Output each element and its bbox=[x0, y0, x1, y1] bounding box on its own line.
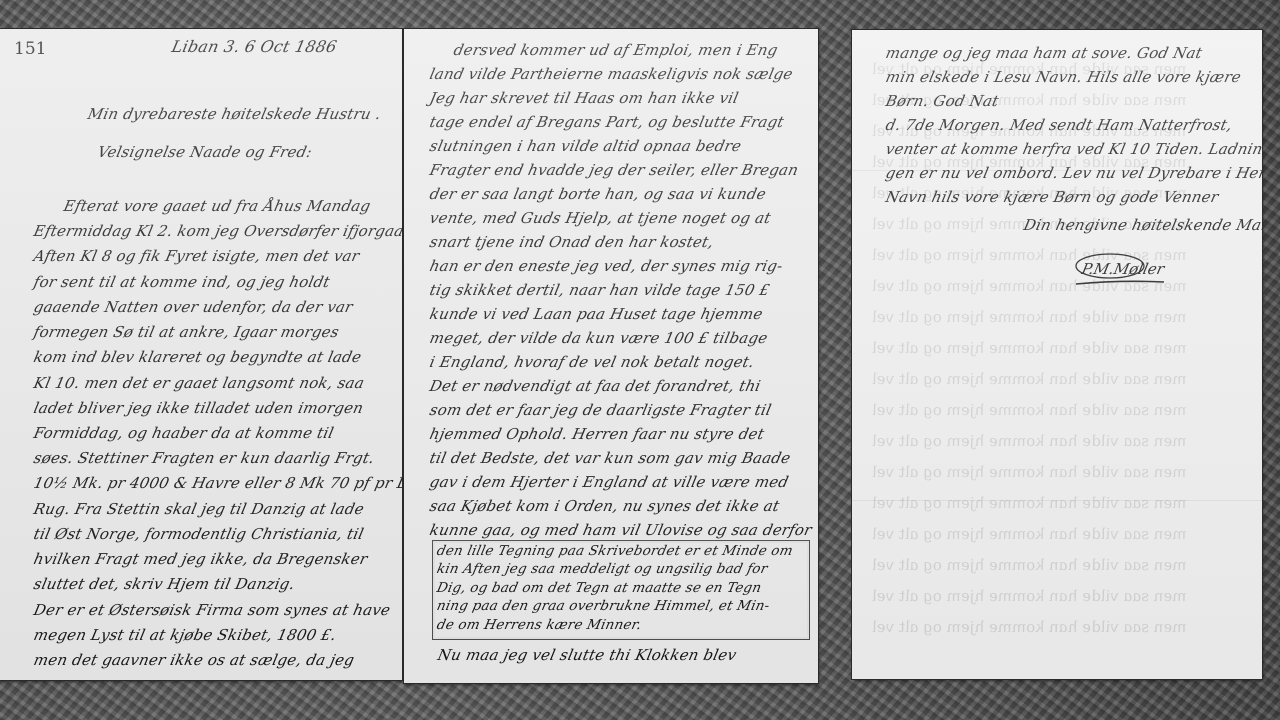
text-line: gav i dem Hjerter i England at ville vær… bbox=[428, 473, 790, 491]
text-line: ladet bliver jeg ikke tilladet uden imor… bbox=[32, 399, 365, 417]
text-line: gaaende Natten over udenfor, da der var bbox=[32, 298, 354, 316]
salutation: Min dyrebareste høitelskede Hustru . bbox=[86, 105, 383, 123]
text-line: som det er faar jeg de daarligste Fragte… bbox=[428, 401, 773, 419]
text-line: meget, der vilde da kun være 100 £ tilba… bbox=[428, 329, 769, 347]
text-line: tage endel af Bregans Part, og beslutte … bbox=[428, 113, 786, 131]
letter-page-3: men saa vilde han komme hjem og alt velm… bbox=[852, 30, 1262, 679]
text-line: der er saa langt borte han, og saa vi ku… bbox=[428, 185, 768, 203]
text-line: for sent til at komme ind, og jeg holdt bbox=[32, 273, 332, 291]
text-line: dersved kommer ud af Emploi, men i Eng bbox=[452, 41, 779, 59]
boxed-line: ning paa den graa overbrukne Himmel, et … bbox=[435, 598, 771, 614]
boxed-line: kin Aften jeg saa meddeligt og ungsilig … bbox=[435, 561, 769, 577]
bleed-through-line: men saa vilde han komme hjem og alt vel bbox=[870, 463, 1189, 481]
letter-page-2: dersved kommer ud af Emploi, men i Eng l… bbox=[404, 29, 818, 683]
text-line: Aften Kl 8 og fik Fyret isigte, men det … bbox=[32, 247, 361, 265]
text-line: kunne gaa, og med ham vil Ulovise og saa… bbox=[428, 521, 814, 539]
valediction: Din hengivne høitelskende Mand bbox=[1022, 216, 1262, 234]
text-line: slutningen i han vilde altid opnaa bedre bbox=[428, 137, 743, 155]
text-line: formegen Sø til at ankre, Igaar morges bbox=[32, 323, 341, 341]
text-line: han er den eneste jeg ved, der synes mig… bbox=[428, 257, 784, 275]
dateline: Liban 3. 6 Oct 1886 bbox=[170, 37, 339, 56]
text-line: snart tjene ind Onad den har kostet, bbox=[428, 233, 715, 251]
text-line: til det Bedste, det var kun som gav mig … bbox=[428, 449, 792, 467]
text-line: venter at komme herfra ved Kl 10 Tiden. … bbox=[884, 140, 1262, 158]
text-line: gen er nu vel ombord. Lev nu vel Dyrebar… bbox=[884, 164, 1262, 182]
text-line: Rug. Fra Stettin skal jeg til Danzig at … bbox=[32, 500, 366, 518]
bleed-through-line: men saa vilde han komme hjem og alt vel bbox=[870, 494, 1189, 512]
bleed-through-line: men saa vilde han komme hjem og alt vel bbox=[870, 618, 1189, 636]
text-line: Formiddag, og haaber da at komme til bbox=[32, 424, 335, 442]
bleed-through-line: men saa vilde han komme hjem og alt vel bbox=[870, 401, 1189, 419]
text-line: Efterat vore gaaet ud fra Åhus Mandag bbox=[62, 197, 372, 215]
text-line: til Øst Norge, formodentlig Christiania,… bbox=[32, 525, 365, 543]
text-line: søes. Stettiner Fragten er kun daarlig F… bbox=[32, 449, 376, 467]
text-line: Jeg har skrevet til Haas om han ikke vil bbox=[428, 89, 740, 107]
bleed-through-line: men saa vilde han komme hjem og alt vel bbox=[870, 308, 1189, 326]
text-line: men det gaavner ikke os at sælge, da jeg bbox=[32, 651, 356, 669]
text-line: Fragter end hvadde jeg der seiler, eller… bbox=[428, 161, 800, 179]
text-line: Eftermiddag Kl 2. kom jeg Oversdørfer if… bbox=[32, 222, 402, 240]
text-line: sluttet det, skriv Hjem til Danzig. bbox=[32, 575, 296, 593]
text-line: d. 7de Morgen. Med sendt Ham Natterfrost… bbox=[884, 116, 1234, 134]
text-line: tig skikket dertil, naar han vilde tage … bbox=[428, 281, 771, 299]
text-line: hvilken Fragt med jeg ikke, da Bregenske… bbox=[32, 550, 369, 568]
text-line: Navn hils vore kjære Børn og gode Venner bbox=[884, 188, 1220, 206]
text-line: hjemmed Ophold. Herren faar nu styre det bbox=[428, 425, 766, 443]
bleed-through-line: men saa vilde han komme hjem og alt vel bbox=[870, 525, 1189, 543]
text-line: land vilde Partheierne maaskeligvis nok … bbox=[428, 65, 794, 83]
text-line: Kl 10. men det er gaaet langsomt nok, sa… bbox=[32, 374, 366, 392]
bleed-through-line: men saa vilde han komme hjem og alt vel bbox=[870, 432, 1189, 450]
text-line: kunde vi ved Laan paa Huset tage hjemme bbox=[428, 305, 764, 323]
blessing: Velsignelse Naade og Fred: bbox=[96, 143, 314, 161]
boxed-line: de om Herrens kære Minner. bbox=[435, 617, 643, 633]
text-line: i England, hvoraf de vel nok betalt noge… bbox=[428, 353, 756, 371]
bleed-through-line: men saa vilde han komme hjem og alt vel bbox=[870, 556, 1189, 574]
boxed-passage: den lille Tegning paa Skrivebordet er et… bbox=[432, 540, 810, 640]
signature-name: P.M.Møller bbox=[1080, 260, 1166, 278]
text-line: megen Lyst til at kjøbe Skibet, 1800 £. bbox=[32, 626, 338, 644]
bleed-through-line: men saa vilde han komme hjem og alt vel bbox=[870, 339, 1189, 357]
text-line: Der er et Østersøisk Firma som synes at … bbox=[32, 601, 392, 619]
letter-page-1: 151 Liban 3. 6 Oct 1886 Min dyrebareste … bbox=[0, 29, 402, 680]
text-line: min elskede i Lesu Navn. Hils alle vore … bbox=[884, 68, 1243, 86]
bleed-through-line: men saa vilde han komme hjem og alt vel bbox=[870, 587, 1189, 605]
text-line: Børn. God Nat bbox=[884, 92, 1000, 110]
boxed-line: Dig, og bad om det Tegn at maatte se en … bbox=[435, 580, 763, 596]
text-line: saa Kjøbet kom i Orden, nu synes det ikk… bbox=[428, 497, 781, 515]
text-line: mange og jeg maa ham at sove. God Nat bbox=[884, 44, 1204, 62]
boxed-line: den lille Tegning paa Skrivebordet er et… bbox=[435, 543, 794, 559]
text-line: kom ind blev klareret og begyndte at lad… bbox=[32, 348, 363, 366]
text-line: Det er nødvendigt at faa det forandret, … bbox=[428, 377, 762, 395]
folio-number: 151 bbox=[14, 39, 46, 59]
bleed-through-line: men saa vilde han komme hjem og alt vel bbox=[870, 370, 1189, 388]
text-line: vente, med Guds Hjelp, at tjene noget og… bbox=[428, 209, 773, 227]
text-line: 10½ Mk. pr 4000 & Havre eller 8 Mk 70 pf… bbox=[32, 474, 402, 492]
signature: P.M.Møller bbox=[1070, 250, 1166, 290]
closing-line: Nu maa jeg vel slutte thi Klokken blev bbox=[436, 646, 738, 664]
